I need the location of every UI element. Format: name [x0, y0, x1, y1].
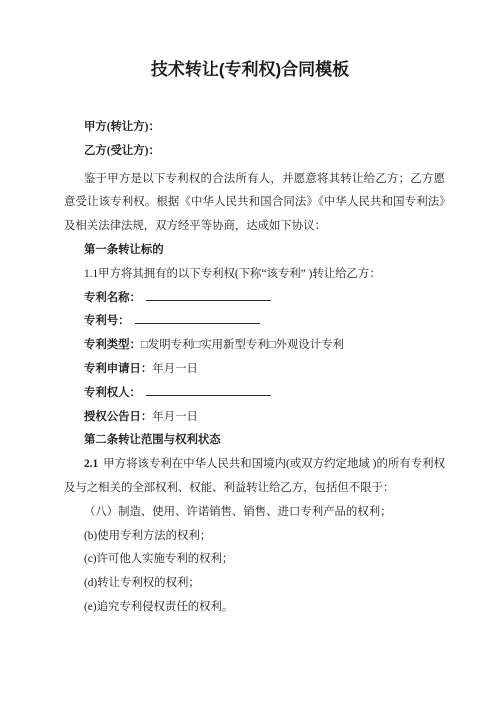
- document-title: 技术转让(专利权)合同模板: [0, 0, 500, 83]
- document-body: 甲方(转让方)： 乙方(受让方)： 鉴于甲方是以下专利权的合法所有人，并愿意将其…: [0, 116, 500, 620]
- patent-type-option-utility-label: 实用新型专利: [200, 339, 268, 351]
- grant-date-label: 授权公告日：: [84, 411, 152, 423]
- checkbox-invention-icon[interactable]: □: [141, 339, 148, 351]
- party-a-label: 甲方(转让方)：: [64, 116, 445, 140]
- article1-heading: 第一条转让标的: [64, 239, 445, 263]
- preamble-paragraph: 鉴于甲方是以下专利权的合法所有人，并愿意将其转让给乙方；乙方愿意受让该专利权。根…: [64, 168, 445, 239]
- checkbox-design-icon[interactable]: □: [269, 339, 276, 351]
- rights-item-d: (d)转让专利权的权利；: [64, 572, 445, 596]
- patent-type-option-utility: □实用新型专利: [193, 339, 268, 351]
- party-b-label: 乙方(受让方)：: [64, 140, 445, 164]
- grant-date-value: 年月一日: [152, 411, 198, 423]
- patentee-blank-field[interactable]: [146, 384, 271, 396]
- rights-item-c: (c)许可他人实施专利的权利；: [64, 548, 445, 572]
- application-date-value: 年月一日: [152, 363, 198, 375]
- contract-document-page: 技术转让(专利权)合同模板 甲方(转让方)： 乙方(受让方)： 鉴于甲方是以下专…: [0, 0, 500, 707]
- patent-name-blank-field[interactable]: [146, 289, 271, 301]
- clause-2-1-number: 2.1: [84, 458, 98, 470]
- grant-date-row: 授权公告日：年月一日: [64, 406, 445, 430]
- patent-type-row: 专利类型：□发明专利□实用新型专利□外观设计专利: [64, 334, 445, 358]
- patent-name-label: 专利名称：: [84, 292, 141, 304]
- rights-item-b: (b)使用专利方法的权利；: [64, 525, 445, 549]
- patentee-label: 专利权人：: [84, 387, 141, 399]
- rights-item-a: （八）制造、使用、许诺销售、销售、进口专利产品的权利；: [64, 501, 445, 525]
- patent-type-option-invention-label: 发明专利: [148, 339, 194, 351]
- patent-number-row: 专利号：: [64, 310, 445, 334]
- application-date-row: 专利申请日：年月一日: [64, 358, 445, 382]
- application-date-label: 专利申请日：: [84, 363, 152, 375]
- patent-type-label: 专利类型：: [84, 339, 141, 351]
- clause-2-1: 2.1甲方将该专利在中华人民共和国境内(或双方约定地域 )的所有专利权及与之相关…: [64, 453, 445, 501]
- patent-number-label: 专利号：: [84, 315, 130, 327]
- article2-heading: 第二条转让范围与权利状态: [64, 429, 445, 453]
- patent-type-option-design: □外观设计专利: [269, 339, 344, 351]
- patentee-row: 专利权人：: [64, 382, 445, 406]
- patent-type-option-design-label: 外观设计专利: [276, 339, 344, 351]
- patent-number-blank-field[interactable]: [135, 312, 260, 324]
- patent-type-option-invention: □发明专利: [141, 339, 193, 351]
- patent-name-row: 专利名称：: [64, 287, 445, 311]
- rights-item-e: (e)追究专利侵权责任的权利。: [64, 596, 445, 620]
- clause-2-1-text: 甲方将该专利在中华人民共和国境内(或双方约定地域 )的所有专利权及与之相关的全部…: [64, 458, 445, 494]
- clause-1-1: 1.1甲方将其拥有的以下专利权(下称“该专利” )转让给乙方：: [64, 263, 445, 287]
